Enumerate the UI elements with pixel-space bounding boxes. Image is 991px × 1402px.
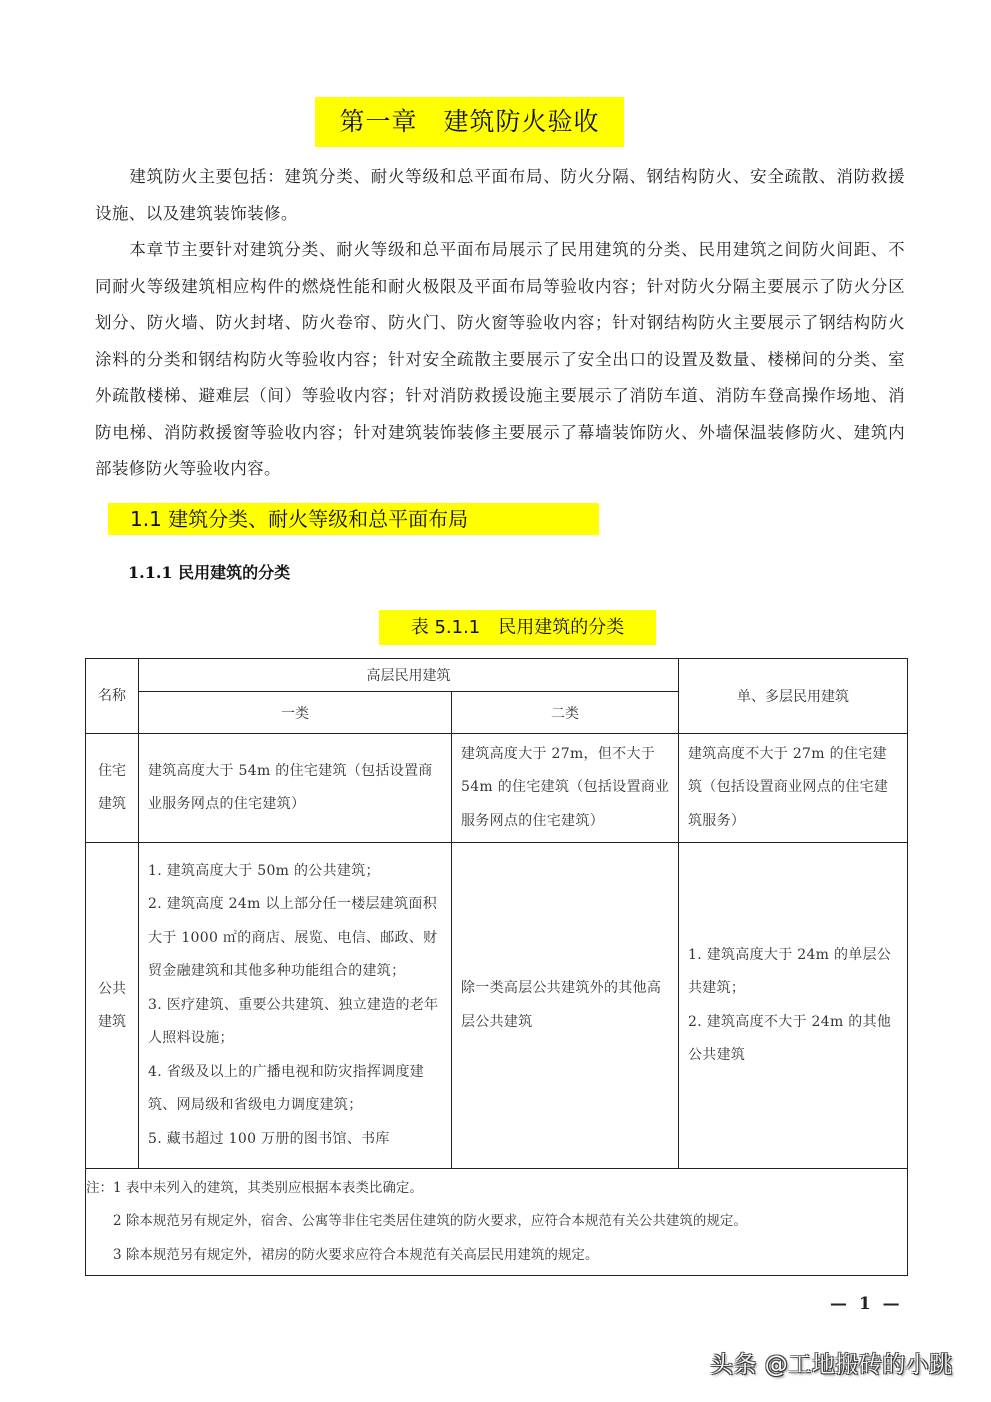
cell-public-class-1-list: 1. 建筑高度大于 50m 的公共建筑； 2. 建筑高度 24m 以上部分任一楼… (139, 855, 451, 1157)
subsection-title: 1.1.1 民用建筑的分类 (128, 560, 290, 586)
note-2: 2 除本规范另有规定外，宿舍、公寓等非住宅类居住建筑的防火要求，应符合本规范有关… (86, 1205, 907, 1239)
cell-public-class-1: 1. 建筑高度大于 50m 的公共建筑； 2. 建筑高度 24m 以上部分任一楼… (139, 843, 452, 1169)
list-item: 3. 医疗建筑、重要公共建筑、独立建造的老年人照料设施； (148, 989, 443, 1056)
cell-public-low-rise-list: 1. 建筑高度大于 24m 的单层公共建筑； 2. 建筑高度不大于 24m 的其… (679, 939, 907, 1073)
row-name-public-text: 公共建筑 (98, 973, 126, 1039)
list-item: 5. 藏书超过 100 万册的图书馆、书库 (148, 1123, 443, 1157)
header-class-1: 一类 (139, 692, 452, 734)
cell-public-class-2: 除一类高层公共建筑外的其他高层公共建筑 (452, 843, 679, 1169)
intro-paragraph-1-text: 建筑防火主要包括：建筑分类、耐火等级和总平面布局、防火分隔、钢结构防火、安全疏散… (95, 167, 905, 223)
table-caption: 表 5.1.1 民用建筑的分类 (379, 610, 656, 645)
cell-residential-class-2-text: 建筑高度大于 27m，但不大于 54m 的住宅建筑（包括设置商业服务网点的住宅建… (452, 738, 678, 839)
page-number: — 1 — (830, 1294, 903, 1314)
cell-residential-class-1-text: 建筑高度大于 54m 的住宅建筑（包括设置商业服务网点的住宅建筑） (139, 755, 451, 822)
note-1: 注：1 表中未列入的建筑，其类别应根据本表类比确定。 (86, 1172, 907, 1206)
cell-residential-class-1: 建筑高度大于 54m 的住宅建筑（包括设置商业服务网点的住宅建筑） (139, 734, 452, 843)
header-row-1: 名称 高层民用建筑 单、多层民用建筑 (86, 659, 908, 692)
intro-paragraph-1: 建筑防火主要包括：建筑分类、耐火等级和总平面布局、防火分隔、钢结构防火、安全疏散… (95, 159, 905, 232)
row-name-residential: 住宅建筑 (86, 734, 139, 843)
header-high-rise: 高层民用建筑 (139, 659, 679, 692)
header-class-2: 二类 (452, 692, 679, 734)
header-name-text: 名称 (98, 688, 126, 704)
list-item: 4. 省级及以上的广播电视和防灾指挥调度建筑、网局级和省级电力调度建筑； (148, 1056, 443, 1123)
table-row-public: 公共建筑 1. 建筑高度大于 50m 的公共建筑； 2. 建筑高度 24m 以上… (86, 843, 908, 1169)
building-classification-table: 名称 高层民用建筑 单、多层民用建筑 一类 二类 住宅建筑 建筑高度大于 54m… (85, 658, 908, 1276)
cell-residential-class-2: 建筑高度大于 27m，但不大于 54m 的住宅建筑（包括设置商业服务网点的住宅建… (452, 734, 679, 843)
list-item: 1. 建筑高度大于 24m 的单层公共建筑； (688, 939, 899, 1006)
cell-residential-low-rise-text: 建筑高度不大于 27m 的住宅建筑（包括设置商业网点的住宅建筑服务） (679, 738, 907, 839)
list-item: 2. 建筑高度 24m 以上部分任一楼层建筑面积大于 1000 ㎡的商店、展览、… (148, 888, 443, 989)
row-name-public: 公共建筑 (86, 843, 139, 1169)
cell-public-low-rise: 1. 建筑高度大于 24m 的单层公共建筑； 2. 建筑高度不大于 24m 的其… (679, 843, 908, 1169)
cell-residential-low-rise: 建筑高度不大于 27m 的住宅建筑（包括设置商业网点的住宅建筑服务） (679, 734, 908, 843)
table-notes-row: 注：1 表中未列入的建筑，其类别应根据本表类比确定。 2 除本规范另有规定外，宿… (86, 1169, 908, 1276)
list-item: 2. 建筑高度不大于 24m 的其他公共建筑 (688, 1006, 899, 1073)
table-notes: 注：1 表中未列入的建筑，其类别应根据本表类比确定。 2 除本规范另有规定外，宿… (86, 1169, 908, 1276)
list-item: 1. 建筑高度大于 50m 的公共建筑； (148, 855, 443, 889)
watermark: 头条 @工地搬砖的小跳 (710, 1346, 953, 1379)
header-name: 名称 (86, 659, 139, 734)
cell-public-class-2-text: 除一类高层公共建筑外的其他高层公共建筑 (452, 972, 678, 1039)
chapter-title: 第一章 建筑防火验收 (315, 97, 624, 147)
intro-paragraph-2-text: 本章节主要针对建筑分类、耐火等级和总平面布局展示了民用建筑的分类、民用建筑之间防… (95, 240, 905, 478)
header-low-rise: 单、多层民用建筑 (679, 659, 908, 734)
table-row-residential: 住宅建筑 建筑高度大于 54m 的住宅建筑（包括设置商业服务网点的住宅建筑） 建… (86, 734, 908, 843)
row-name-residential-text: 住宅建筑 (98, 755, 126, 821)
section-title: 1.1 建筑分类、耐火等级和总平面布局 (108, 503, 599, 535)
intro-paragraph-2: 本章节主要针对建筑分类、耐火等级和总平面布局展示了民用建筑的分类、民用建筑之间防… (95, 232, 905, 488)
note-3: 3 除本规范另有规定外，裙房的防火要求应符合本规范有关高层民用建筑的规定。 (86, 1239, 907, 1273)
